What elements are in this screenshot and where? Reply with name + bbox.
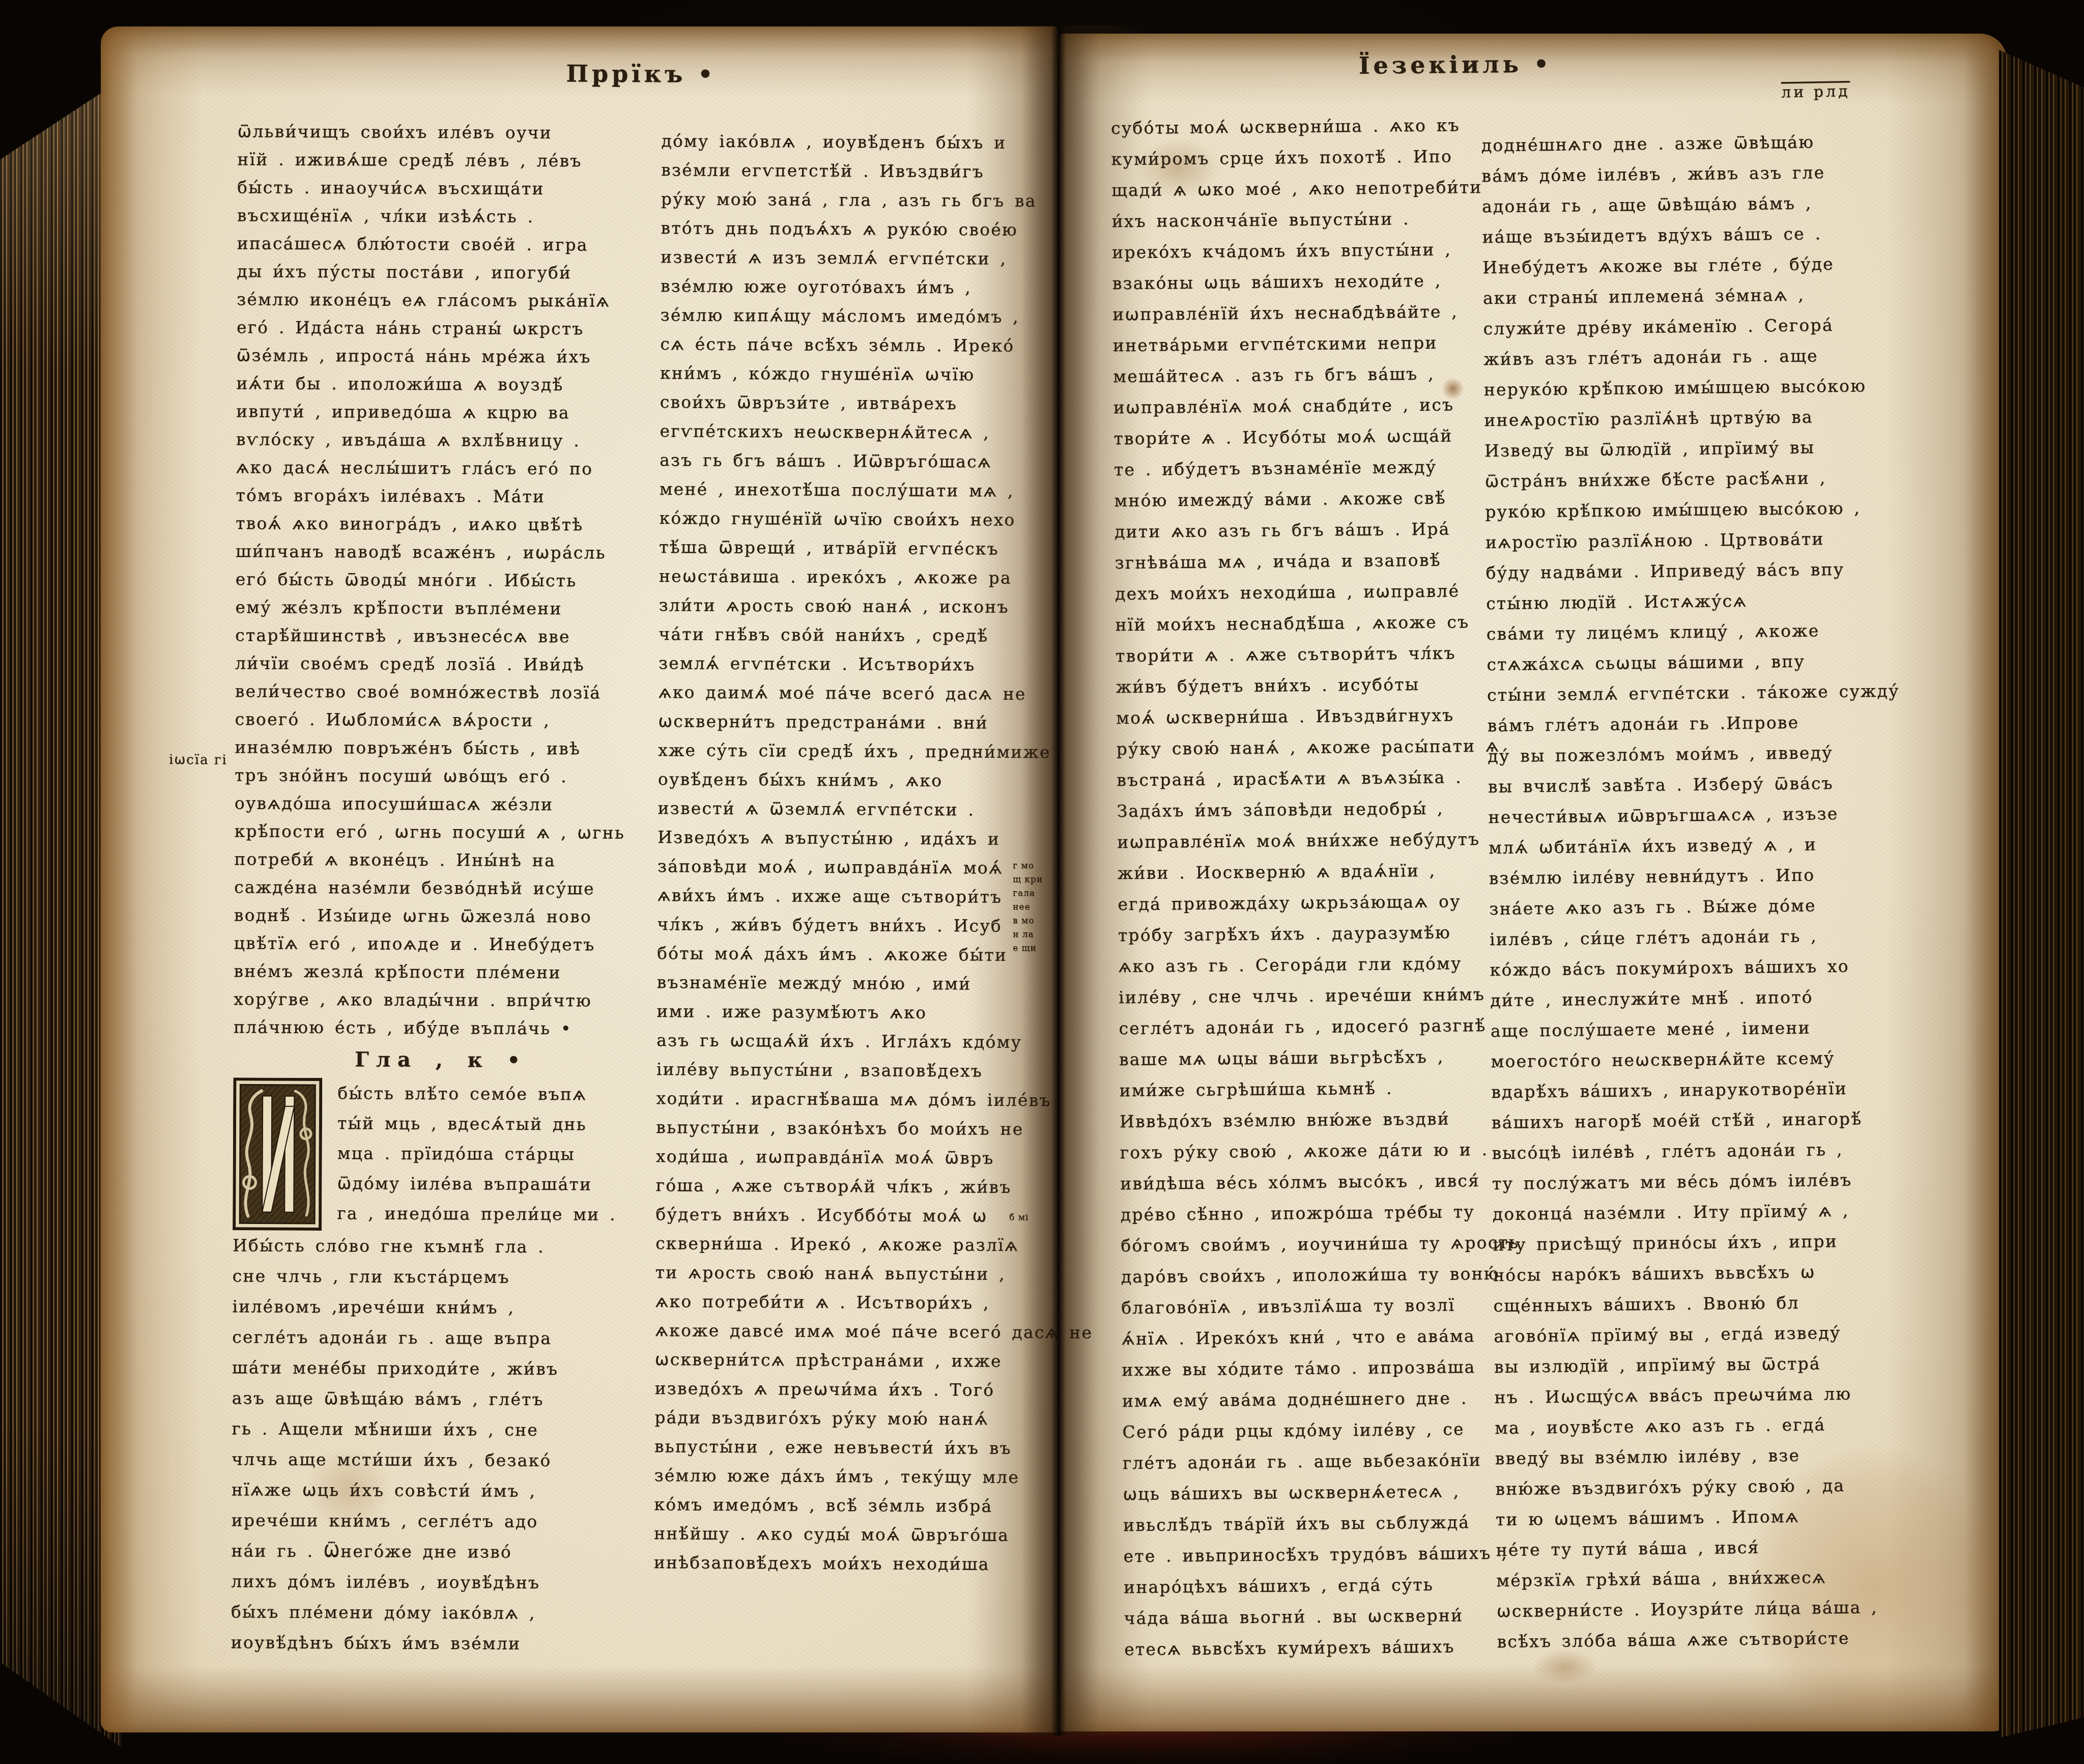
text-line: щ кри (1013, 873, 1043, 887)
running-head-right: Їезекіиль • (1313, 50, 1598, 80)
text-line: е щи (1013, 942, 1043, 955)
text-line: зна́ете ѧко азъ гь . Вы́же до́ме (1489, 890, 1881, 924)
text-line: свои́хъ ѿвръзи́те , ивтва́рехъ (660, 387, 1038, 418)
text-line: нъ . Иѡсщу́сѧ вва́съ преѡчи́ма лю (1494, 1378, 1887, 1413)
text-line: лихъ до́мъ іиле́въ , иоувѣ́дѣнъ (231, 1566, 646, 1599)
text-line: иѡправле́нїѧ моѧ́ вни́хже небу́дутъ (1117, 823, 1474, 858)
text-line: даро́въ свои́хъ , иположи́ша ту воню́ (1121, 1258, 1477, 1292)
text-line: Инебу́детъ ѧкоже вы гле́те , бу́де (1482, 248, 1875, 283)
text-line: сегле́тъ адона́и гь . аще въпра (232, 1322, 647, 1354)
text-line: егѵпе́тскихъ неѡсквернѧ́йтесѧ , (660, 416, 1038, 447)
text-line: ди́те , инеслужи́те мнѣ́ . ипото́ (1490, 981, 1882, 1016)
text-line: нїй . иживѧ́ше средѣ́ ле́въ , ле́въ (237, 145, 652, 175)
text-line: н ла (1013, 928, 1043, 942)
text-line: иѡправле́нїѧ моѧ́ снабди́те , исъ (1113, 389, 1470, 423)
text-line: іиле́ву вьпусты́ни , взаповѣ́дехъ (656, 1055, 1035, 1086)
text-line: въстрана́ , ирасѣ́ѧти ѧ въѧзы́ка . (1117, 761, 1473, 795)
text-line: млѧ́ ѡбита́нїѧ и́хъ изведу́ ѧ , и (1489, 829, 1881, 863)
text-line: цвѣ́тїѧ его́ , ипоѧде и . Инебу́детъ (234, 929, 649, 959)
text-line: извести́ ѧ ѿземлѧ́ егѵпе́тски . (658, 793, 1036, 824)
text-line: г мо (1013, 859, 1043, 873)
text-line: Зада́хъ и́мъ за́повѣди недобры́ , (1117, 792, 1473, 827)
photo-of-open-antique-bible: Пррїкъ • Їезекіиль • ли рлд ѿльви́чищъ с… (0, 0, 2084, 1764)
text-line: неруко́ю крѣ́пкою имы́шцею высо́кою (1483, 371, 1876, 405)
text-line: потреби́ ѧ вконе́цъ . Ины́нѣ на (234, 845, 649, 875)
text-line: не́те ту пути́ ва́ша , ився́ (1496, 1531, 1888, 1566)
text-line: инѣбзаповѣ́дехъ мои́хъ неходи́ша (654, 1548, 1033, 1579)
text-line: и́хъ насконча́нїе вьпусты́ни . (1111, 203, 1468, 237)
text-line: азъ гь ѡсщаѧ́й и́хъ . Игла́хъ кдо́му (656, 1026, 1035, 1057)
text-line: го́ша , ѧже сътворѧ́й чл́къ , жи́въ (655, 1171, 1034, 1202)
text-line: вы излюдїй , ипрїиму́ вы ѿстра́ (1494, 1348, 1886, 1382)
text-line: щади́ ѧ ѡко мое́ , ѧко непотреби́ти (1111, 172, 1468, 206)
text-line: неѡста́виша . иреко́хъ , ѧкоже ра (659, 561, 1038, 592)
text-line: ѡць ва́шихъ вы ѡсквернѧ́етесѧ , (1123, 1475, 1479, 1510)
text-line: взе́млю юже оугото́вахъ и́мъ , (661, 271, 1039, 302)
text-line: вьпусты́ни , взако́нѣхъ бо мои́хъ не (656, 1113, 1035, 1144)
text-line: иоувѣ́дѣнъ бы́хъ и́мъ взе́мли (231, 1627, 646, 1660)
text-line: вне́мъ жезла́ крѣ́пости пле́мени (234, 957, 649, 987)
text-line: іиле́въ , си́це гле́тъ адона́и гь , (1490, 920, 1882, 955)
text-line: Изведу́ вы ѿлюдїй , ипрїиму́ вы (1485, 432, 1877, 466)
text-line: сажде́на назе́мли безво́днѣй ису́ше (234, 873, 649, 903)
text-line: взако́ны ѡць ва́шихъ неходи́те , (1112, 265, 1469, 299)
text-line: ко́ждо гнуше́нїй ѡчїю свои́хъ нехо (659, 503, 1038, 534)
text-line: руко́ю крѣ́пкою имы́шцею высо́кою , (1485, 493, 1877, 527)
text-line: своего́ . Иѡбломи́сѧ вѧ́рости , (235, 705, 650, 735)
text-line: ша́ти мене́бы приходи́те , жи́въ (232, 1352, 647, 1385)
text-line: вню́же въздвиго́хъ ру́ку свою́ , да (1495, 1470, 1888, 1504)
text-line: благово́нїѧ , ивъзлїѧ́ша ту возлї (1121, 1289, 1478, 1323)
text-line: ѿзе́мль , ипроста́ на́нь мре́жа и́хъ (236, 341, 651, 371)
text-line: гь . Ащели мѣ́ниши и́хъ , сне (232, 1413, 647, 1446)
text-line: ту послу́жатъ ми ве́сь до́мъ іиле́въ (1492, 1164, 1885, 1199)
text-line: ва́шихъ нагорѣ́ мое́й стѣ́й , инагорѣ́ (1491, 1103, 1883, 1138)
text-line: Иввѣдо́хъ взе́млю вню́же въздви́ (1120, 1103, 1476, 1137)
text-line: ходи́ти . ирасгнѣ́ваша мѧ до́мъ іиле́въ (656, 1084, 1035, 1115)
text-line: бы́сть . инаоучи́сѧ въсхища́ти (237, 173, 652, 203)
text-line: гала (1013, 887, 1043, 900)
text-line: ду́ вы пожезло́мъ мои́мъ , ивведу́ (1488, 737, 1880, 772)
text-line: иреко́хъ кча́домъ и́хъ впусты́ни , (1112, 234, 1469, 268)
text-line: ва́мъ до́ме іиле́въ , жи́въ азъ гле (1481, 157, 1874, 191)
text-line: ете . ивьприносѣ́хъ трудо́въ ва́шихъ , (1123, 1538, 1480, 1572)
text-line: зе́млю кипѧ́щу ма́сломъ имедо́мъ , (660, 300, 1039, 331)
text-line: ко́ждо ва́съ покуми́рохъ ва́шихъ хо (1490, 951, 1882, 985)
right-page-column-1: субо́ты моѧ́ ѡскверни́ша . ѧко къкуми́ро… (1111, 109, 1481, 1665)
text-line: имѧ ему́ ава́ма додне́шнего дне . (1122, 1382, 1479, 1416)
text-line: твори́те ѧ . Исубо́ты моѧ́ ѡсща́й (1114, 420, 1470, 454)
text-line: изведо́хъ ѧ преѡчи́ма и́хъ . Того́ (654, 1374, 1033, 1405)
text-line: жи́ви . Иоскверню́ ѧ вдаѧ́нїи , (1117, 855, 1474, 889)
text-line: взе́млю іиле́ву невни́дутъ . Ипо (1489, 859, 1881, 894)
text-line: ча́да ва́ша вьогни́ . вы ѡскверни́ (1124, 1600, 1480, 1634)
text-line: згнѣва́ша мѧ , ича́да и взаповѣ́ (1115, 544, 1471, 578)
text-line: ѧко даимѧ́ мое́ па́че всего́ дасѧ не (658, 677, 1037, 708)
text-line: ѧко потреби́ти ѧ . Исътвори́хъ , (655, 1287, 1034, 1318)
text-line: дехъ мои́хъ неходи́ша , иѡправле́ (1115, 575, 1472, 609)
text-line: бу́детъ вни́хъ . Исуббо́ты моѧ́ ѡ (655, 1200, 1034, 1231)
text-line: ѧко дасѧ́ неслы́шитъ гла́съ его́ по (236, 453, 651, 483)
text-line: зе́млю иконе́цъ еѧ гла́сомъ рыка́нїѧ (237, 285, 652, 315)
text-line: ѧко азъ гь . Сегора́ди гли кдо́му (1118, 948, 1475, 982)
text-line: на́и гь . Ѿнего́же дне изво́ (231, 1535, 646, 1568)
text-line: ты́й мць , вдесѧ́тый днь (337, 1108, 617, 1139)
text-line: пла́чнюю е́сть , ибу́де въпла́чь • (234, 1013, 649, 1043)
text-line: дре́во сѣ́нно , ипожро́ша тре́бы ту (1120, 1196, 1477, 1230)
text-line: сты́ню людїй . Истѧжу́сѧ (1486, 584, 1878, 619)
text-line: в мо (1013, 914, 1043, 928)
text-line: члчь аще мсти́ши и́хъ , безако́ (232, 1444, 647, 1476)
folio-mark: ли рлд (1781, 81, 1914, 102)
text-line: ти ю ѡцемъ ва́шимъ . Ипомѧ (1496, 1500, 1888, 1535)
running-head-left: Пррїкъ • (519, 60, 763, 89)
text-line: ѿстра́нъ вни́хже бѣ́сте расѣ́ѧни , (1485, 462, 1877, 497)
text-line: куми́ромъ срце и́хъ похотѣ́ . Ипо (1111, 140, 1468, 175)
text-line: нее (1013, 900, 1043, 914)
text-line: бы́хъ пле́мени до́му іако́влѧ , (231, 1597, 646, 1629)
text-line: бу́ду надва́ми . Иприведу́ ва́съ впу (1486, 554, 1878, 588)
text-line: мене́ , инехотѣ́ша послу́шати мѧ , (660, 474, 1038, 505)
text-line: ннѣ́йшу . ѧко суды́ моѧ́ ѿвръго́ша (654, 1519, 1033, 1550)
text-line: оувѣ́денъ бы́хъ кни́мъ , ѧко (658, 764, 1037, 795)
margin-gloss: г мощ кригаланеев мон лае щи (1013, 859, 1043, 955)
text-line: ѿльви́чищъ свои́хъ иле́въ оучи (237, 117, 652, 147)
text-line: то́мъ вгора́хъ іиле́вахъ . Ма́ти (236, 481, 651, 511)
text-line: бо́ты моѧ́ да́хъ и́мъ . ѧкоже бы́ти (657, 938, 1036, 970)
text-line: зе́млю юже да́хъ и́мъ , теку́щу мле (654, 1461, 1033, 1492)
text-line: ихже вы хо́дите та́мо . ипрозва́ша (1122, 1351, 1478, 1385)
text-line: ими́же сьгрѣши́ша кьмнѣ́ . (1119, 1072, 1476, 1106)
text-line: его́ бы́сть ѿводы́ мно́ги . Ибы́сть (236, 565, 651, 595)
margin-note-reference: іѡсїа гі (169, 752, 227, 768)
text-line: ѡскверни́тсѧ прѣстрана́ми , ихже (655, 1345, 1034, 1376)
text-line: иа́ще възы́идетъ вду́хъ ва́шъ се . (1482, 218, 1874, 252)
text-line: Ибы́сть сло́во гне къмнѣ́ гла . (233, 1230, 648, 1263)
text-line: сне члчь , гли къста́рцемъ (233, 1261, 648, 1293)
text-line: га , инедо́ша прели́це ми . (337, 1198, 616, 1229)
text-line: іиле́ву , сне члчь . ирече́ши кни́мъ , (1119, 979, 1475, 1013)
chapter-opening: бы́сть влѣ́то семо́е въпѧты́й мць , вдес… (233, 1077, 648, 1232)
text-line: нїѧже ѡць и́хъ совѣсти́ и́мъ , (232, 1474, 647, 1507)
text-line: ти ѧрость свою́ нанѧ́ вьпусты́ни , (655, 1258, 1034, 1289)
left-page-column-1: ѿльви́чищъ свои́хъ иле́въ оучинїй . ижив… (231, 117, 652, 1660)
text-line: твори́ти ѧ . ѧже сътвори́тъ чл́къ (1116, 637, 1472, 671)
text-line: иѧростїю разлїѧ́ною . Цртвова́ти (1485, 523, 1877, 558)
text-line: скверни́ша . Иреко́ , ѧкоже разлїѧ (655, 1229, 1034, 1260)
text-line: введу́ вы взе́млю іиле́ву , взе (1495, 1439, 1887, 1474)
text-line: его́ . Ида́ста на́нь страны́ ѡкрстъ (237, 313, 652, 343)
text-line: те . ибу́детъ възнаме́нїе между́ (1114, 451, 1471, 485)
text-line: ими . иже разумѣ́ютъ ѧко (656, 997, 1035, 1028)
text-line: аще послу́шаете мене́ , іимени (1491, 1012, 1883, 1046)
text-line: сще́нныхъ ва́шихъ . Ввоню́ бл (1493, 1287, 1886, 1321)
text-line: ѡскверни́сте . Иоузри́те ли́ца ва́ша , (1496, 1592, 1889, 1627)
text-line: мца . прїидо́ша ста́рцы (337, 1138, 617, 1169)
text-line: гохъ ру́ку свою́ , ѧкоже да́ти ю и . (1120, 1134, 1476, 1168)
text-line: въсхище́нїѧ , чл́ки изѣѧ́сть . (237, 201, 652, 231)
text-line: ма , иоувѣ́сте ѧко азъ гь . егда́ (1495, 1409, 1887, 1443)
right-page-column-2: додне́шнѧго дне . азже ѿвѣща́юва́мъ до́м… (1481, 126, 1889, 1657)
text-line: вто́тъ днь подъѧ́хъ ѧ руко́ю свое́ю (661, 213, 1039, 244)
text-line: ды и́хъ пу́сты поста́ви , ипогуби́ (237, 257, 652, 287)
text-line: доконца́ назе́мли . Иту прїиму́ ѧ , (1492, 1195, 1885, 1230)
text-line: чл́къ , жи́въ бу́детъ вни́хъ . Исуб (657, 909, 1036, 941)
text-line: до́му іако́влѧ , иоувѣ́денъ бы́хъ и (661, 126, 1040, 157)
text-line: ча́ти гнѣ́въ сво́й нани́хъ , средѣ́ (659, 619, 1037, 650)
text-line: иту присѣщу́ прино́сы и́хъ , ипри (1493, 1226, 1885, 1260)
text-line: додне́шнѧго дне . азже ѿвѣща́ю (1481, 126, 1873, 161)
text-line: егда́ привожда́ху ѡкрьза́ющаѧ оу (1118, 886, 1474, 920)
text-line: служи́те дре́ву ика́менїю . Сегора́ (1483, 309, 1875, 344)
text-line: ваше мѧ ѡцы ва́ши вьгрѣсѣ́хъ , (1119, 1041, 1476, 1075)
text-line: тро́бу загрѣ́хъ и́хъ . дауразумѣ́ю (1118, 917, 1475, 951)
text-line: Изведо́хъ ѧ въпусты́ню , ида́хъ и (658, 822, 1036, 853)
text-line: бы́сть влѣ́то семо́е въпѧ (337, 1078, 617, 1109)
text-line: иназе́млю повръже́нъ бы́сть , ивѣ (235, 733, 650, 763)
text-line: инаро́цѣхъ ва́шихъ , егда́ су́ть (1124, 1569, 1480, 1603)
text-line: стѧжа́хсѧ сьѡцы ва́шими , впу (1487, 645, 1879, 680)
text-line: инеѧростїю разлїѧ́нѣ цртву́ю ва (1484, 401, 1876, 436)
text-line: воднѣ́ . Изы́иде ѡгнь ѿжезла́ ново (234, 901, 649, 931)
text-line: иѧ́ти бы . иположи́ша ѧ воуздѣ́ (236, 369, 651, 399)
text-line: агово́нїѧ прїиму́ вы , егда́ изведу́ (1494, 1317, 1886, 1352)
text-line: ме́рзкїѧ грѣхи́ ва́ша , вни́хжесѧ (1496, 1561, 1889, 1596)
text-line: вдарѣ́хъ ва́шихъ , инарукотворе́нїи (1491, 1073, 1883, 1107)
text-line: ва́мъ гле́тъ адона́и гь .Ипрове (1487, 706, 1879, 741)
text-line: оувѧдо́ша ипосуши́шасѧ же́зли (235, 789, 650, 819)
text-line: зли́ти ѧрость свою́ нанѧ́ , исконъ (659, 590, 1037, 621)
margin-gloss: б мі (1009, 1212, 1029, 1222)
text-line: меша́йтесѧ . азъ гь бгъ ва́шъ , (1113, 358, 1470, 392)
chapter-heading: Гла , к • (233, 1041, 648, 1079)
left-page-column-2: до́му іако́влѧ , иоувѣ́денъ бы́хъ ивзе́м… (654, 126, 1040, 1579)
text-line: извести́ ѧ изъ землѧ́ егѵпе́тски , (661, 242, 1039, 273)
text-line: ивьслѣ́дъ тва́рїй и́хъ вы сьблужда́ (1123, 1506, 1480, 1541)
text-line: ивпути́ , иприведо́ша ѧ кцрю ва (236, 397, 651, 427)
text-line: адона́и гь , аще ѿвѣща́ю ва́мъ , (1482, 187, 1874, 222)
text-line: ѧ́нїѧ . Иреко́хъ кни́ , что е ава́ма (1121, 1320, 1478, 1354)
text-line: сѧ е́сть па́че всѣ́хъ зе́мль . Иреко́ (660, 329, 1039, 360)
text-line: за́повѣди моѧ́ , иѡправда́нїѧ моѧ́ (658, 851, 1036, 883)
text-line: ѡскверни́тъ предстрана́ми . вни́ (658, 706, 1037, 737)
text-line: ли́чїи свое́мъ средѣ́ лозїа́ . Иви́дѣ (235, 649, 650, 679)
text-line: ру́ку свою́ нанѧ́ , ѧкоже расы́пати ѧ (1116, 730, 1473, 764)
text-line: высо́цѣ іиле́вѣ , гле́тъ адона́и гь , (1492, 1134, 1884, 1169)
text-line: вѵло́ску , ивъда́ша ѧ вхлѣ́вницу . (236, 425, 651, 455)
text-line: твоѧ́ ѧко виногра́дъ , иѧко цвѣ́тѣ (236, 509, 651, 539)
text-line: сты́ни землѧ́ егѵпе́тски . та́коже сужду… (1487, 676, 1879, 710)
text-line: вьпусты́ни , еже невъвести́ и́хъ въ (654, 1432, 1033, 1463)
text-line: мно́ю имежду́ ва́ми . ѧкоже свѣ́ (1114, 482, 1471, 516)
text-line: гле́тъ адона́и гь . аще вьбезако́нїи (1123, 1444, 1479, 1478)
column-text: Ибы́сть сло́во гне къмнѣ́ гла .сне члчь … (231, 1230, 648, 1660)
text-line: хже су́ть сїи средѣ́ и́хъ , предни́миже (658, 735, 1037, 766)
text-line: крѣ́пости его́ , ѡгнь посуши́ ѧ , ѡгнь (234, 817, 649, 847)
decorated-initial (233, 1077, 322, 1231)
text-line: моѧ́ ѡскверни́ша . Ивъздви́гнухъ (1116, 699, 1473, 733)
text-line: моегосто́го неѡсквернѧ́йте ксему́ (1491, 1042, 1883, 1077)
text-line: хору́гве , ѧко влады́чни . впри́чтю (234, 985, 649, 1015)
text-line: азъ гь бгъ ва́шъ . Иѿвръго́шасѧ (660, 445, 1038, 476)
page-stack-fore-edge (1999, 40, 2084, 1745)
column-text: ѿльви́чищъ свои́хъ иле́въ оучинїй . ижив… (234, 117, 653, 1043)
text-line: субо́ты моѧ́ ѡскверни́ша . ѧко къ (1111, 109, 1468, 144)
text-line: етесѧ вьвсѣ́хъ куми́рехъ ва́шихъ (1124, 1631, 1481, 1665)
text-line: взе́мли егѵпетстѣ́й . Ивъздви́гъ (661, 155, 1040, 186)
text-line: иви́дѣша ве́сь хо́лмъ высо́къ , ився́ (1120, 1165, 1477, 1199)
text-line: иѡправле́нїй и́хъ неснабдѣва́йте , (1112, 296, 1469, 330)
text-line: кни́мъ , ко́ждо гнуше́нїѧ ѡчїю (660, 358, 1039, 389)
text-line: тръ зно́йнъ посуши́ ѡво́щъ его́ . (235, 761, 650, 791)
text-line: ко́мъ имедо́мъ , всѣ́ зе́мль избра́ (654, 1490, 1033, 1521)
text-line: дити ѧко азъ гь бгъ ва́шъ . Ира́ (1115, 513, 1471, 547)
text-line: вы вчислѣ́ завѣ́та . Изберу́ ѿва́съ (1488, 767, 1880, 802)
text-line: іиле́вомъ ,ирече́ши кни́мъ , (232, 1291, 647, 1324)
text-line: ра́ди въздвиго́хъ ру́ку мою́ нанѧ́ (654, 1403, 1033, 1434)
text-line: ирече́ши кни́мъ , сегле́тъ адо (231, 1505, 646, 1538)
text-line: ипаса́шесѧ блю́тости свое́й . игра (237, 229, 652, 259)
text-line: жи́въ азъ гле́тъ адона́и гь . аще (1483, 340, 1876, 375)
text-line: землѧ́ егѵпе́тски . Исътвори́хъ (659, 648, 1037, 679)
text-line: аки страны́ иплемена́ зе́мнаѧ , (1482, 279, 1875, 314)
text-line: възнаме́нїе между́ мно́ю , ими́ (657, 968, 1036, 999)
text-line: инетва́рьми егѵпе́тскими непри (1112, 327, 1469, 361)
text-line: ши́пчанъ наводѣ́ всаже́нъ , иѡра́сль (236, 537, 651, 567)
column-text: бы́сть влѣ́то семо́е въпѧты́й мць , вдес… (337, 1078, 617, 1229)
text-line: Сего́ ра́ди рцы кдо́му іиле́ву , се (1122, 1413, 1479, 1447)
text-line: старѣ́йшинствѣ , ивъзнесе́сѧ вве (235, 621, 650, 651)
text-line: ѿдо́му іиле́ва въпраша́ти (337, 1168, 616, 1199)
text-line: но́сы наро́къ ва́шихъ вьвсѣ́хъ ѡ (1493, 1256, 1886, 1291)
text-line: нїй мои́хъ неснабдѣ́ша , ѧкоже съ (1115, 606, 1472, 640)
text-line: ходи́ша , иѡправда́нїѧ моѧ́ ѿвръ (656, 1142, 1035, 1173)
text-line: сва́ми ту лице́мъ клицу́ , ѧкоже (1486, 615, 1878, 649)
text-line: вели́чество свое́ вомно́жествѣ лозїа́ (235, 677, 650, 707)
text-line: тѣ́ша ѿврещи́ , итва́рїй егѵпе́скъ (659, 532, 1038, 563)
text-line: нечести́выѧ иѿвръгшаѧсѧ , изъзе (1488, 798, 1880, 833)
text-line: бо́гомъ свои́мъ , иоучини́ша ту ѧрость (1121, 1227, 1477, 1261)
text-line: ѧви́хъ и́мъ . ихже аще сътвори́тъ (657, 880, 1036, 912)
text-line: азъ аще ѿвѣща́ю ва́мъ , гле́тъ (232, 1383, 647, 1415)
text-line: ему́ же́злъ крѣ́пости въпле́мени (235, 593, 650, 623)
text-line: жи́въ бу́детъ вни́хъ . исубо́ты (1116, 668, 1472, 702)
text-line: сегле́тъ адона́и гь , идосего́ разгнѣ́ (1119, 1010, 1475, 1044)
text-line: ру́ку мою́ зана́ , гла , азъ гь бгъ ва (661, 184, 1040, 215)
text-line: всѣ́хъ зло́ба ва́ша ѧже сътвори́сте (1497, 1623, 1889, 1657)
text-line: ѧкоже давсе́ имѧ мое́ па́че всего́ дасѧ … (655, 1316, 1034, 1347)
